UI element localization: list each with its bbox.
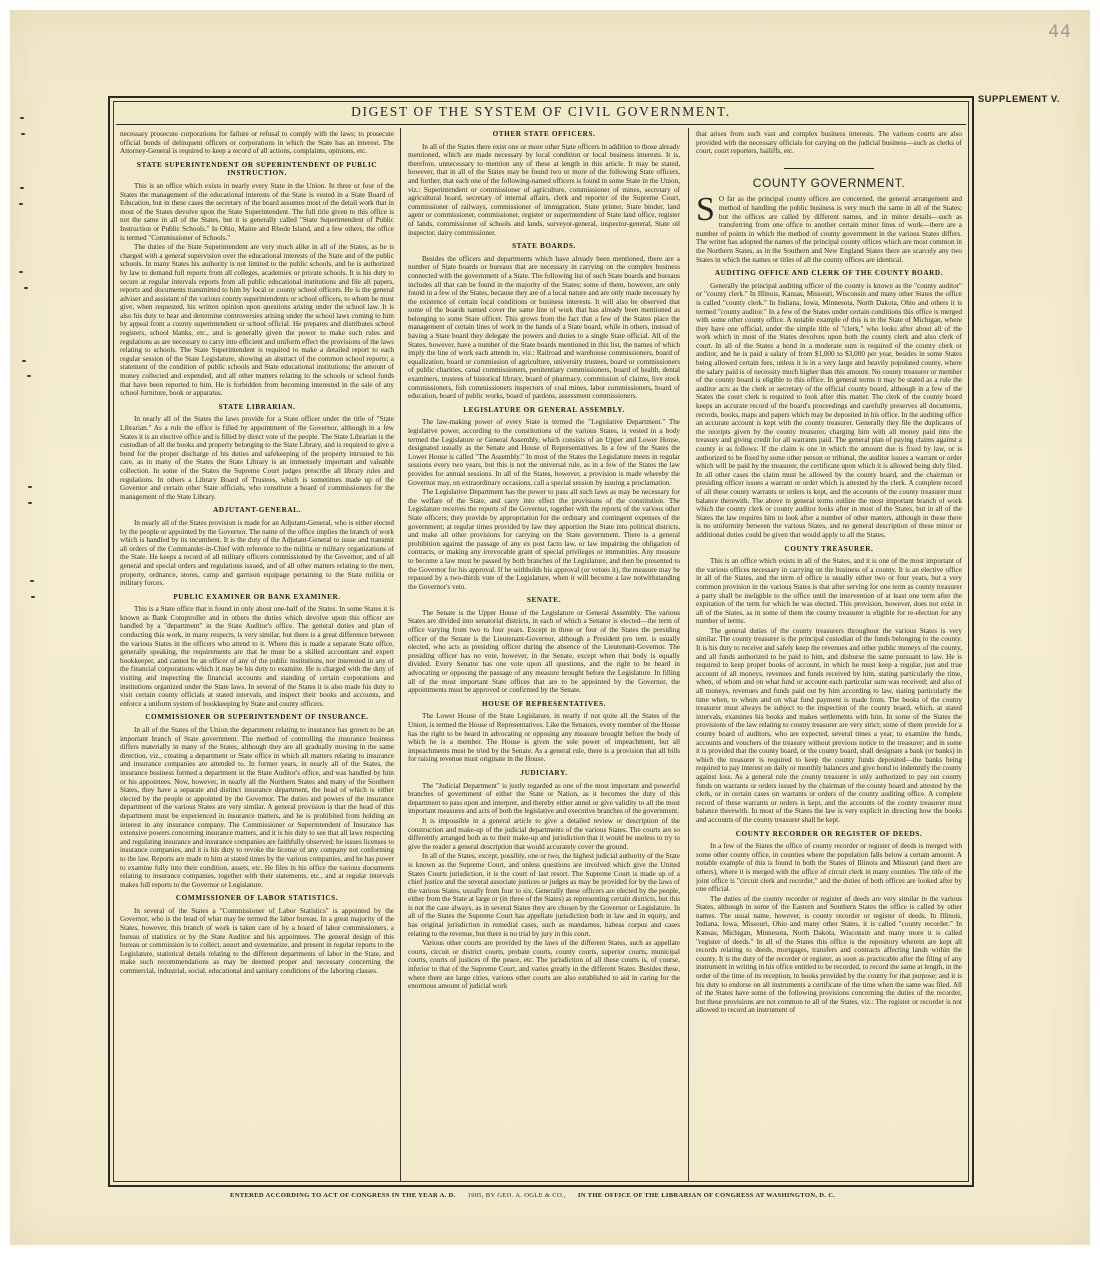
paragraph: The Legislative Department has the power… — [408, 488, 680, 591]
paragraph: The duties of the State Superintendent a… — [120, 243, 394, 398]
paragraph: In all of the States, except, possibly, … — [408, 852, 680, 938]
binder-hole — [22, 360, 26, 362]
paragraph: The Lower House of the State Legislature… — [408, 712, 680, 764]
county-intro-paragraph: SO far as the principal county offices a… — [696, 195, 962, 264]
paragraph: The duties of the county recorder or reg… — [696, 895, 962, 1015]
paragraph: The Senate is the Upper House of the Leg… — [408, 609, 680, 695]
binder-hole — [28, 502, 32, 504]
column-1: necessary prosecute corporations for fai… — [120, 130, 394, 1179]
section-heading-state-superintendent: State Superintendent or Superintendent o… — [120, 161, 394, 178]
binder-hole — [19, 271, 23, 273]
column-divider — [688, 128, 689, 1181]
copyright-footer: ENTERED ACCORDING TO ACT OF CONGRESS IN … — [230, 1192, 835, 1199]
page-title: DIGEST OF THE SYSTEM OF CIVIL GOVERNMENT… — [110, 104, 972, 120]
paragraph: In all of the States there exist one or … — [408, 143, 680, 238]
section-heading-county-treasurer: County Treasurer. — [696, 545, 962, 554]
binder-hole — [20, 187, 24, 189]
paragraph: In nearly all of the States provision is… — [120, 519, 394, 588]
paragraph: Besides the officers and departments whi… — [408, 255, 680, 401]
paragraph: Various other courts are provided by the… — [408, 939, 680, 991]
binder-hole — [21, 133, 25, 135]
column-2: Other State Officers. In all of the Stat… — [408, 130, 680, 1179]
column-1-intro: necessary prosecute corporations for fai… — [120, 130, 394, 156]
page-number: 44 — [1048, 22, 1072, 42]
paragraph: In a few of the States the office of cou… — [696, 842, 962, 894]
section-heading-auditing-office: Auditing Office and Clerk of the County … — [696, 269, 962, 278]
paragraph: This is a State office that is found in … — [120, 605, 394, 708]
section-heading-senate: Senate. — [408, 596, 680, 605]
paragraph: It is impossible in a general article to… — [408, 817, 680, 851]
footer-right: IN THE OFFICE OF THE LIBRARIAN OF CONGRE… — [578, 1192, 835, 1199]
section-heading-state-boards: State Boards. — [408, 242, 680, 251]
footer-middle: 1905, BY GEO. A. OGLE & CO., — [468, 1192, 566, 1199]
paragraph: This is an office which exists in all of… — [696, 557, 962, 626]
paragraph: In several of the States a "Commissioner… — [120, 907, 394, 976]
section-heading-insurance: Commissioner or Superintendent of Insura… — [120, 713, 394, 722]
binder-hole — [31, 596, 35, 598]
paragraph: The law-making power of every State is t… — [408, 418, 680, 487]
footer-left: ENTERED ACCORDING TO ACT OF CONGRESS IN … — [230, 1192, 456, 1199]
section-heading-public-examiner: Public Examiner or Bank Examiner. — [120, 593, 394, 602]
section-heading-county-recorder: County Recorder or Register of Deeds. — [696, 830, 962, 839]
section-heading-other-state-officers: Other State Officers. — [408, 130, 680, 139]
section-heading-judiciary: Judiciary. — [408, 769, 680, 778]
paragraph: Generally the principal auditing officer… — [696, 282, 962, 540]
digest-frame: DIGEST OF THE SYSTEM OF CIVIL GOVERNMENT… — [108, 96, 974, 1187]
paragraph: The general duties of the county treasur… — [696, 627, 962, 825]
binder-hole — [30, 580, 34, 582]
binder-hole — [28, 486, 32, 488]
binder-hole — [20, 117, 24, 119]
section-heading-labor-statistics: Commissioner of Labor Statistics. — [120, 894, 394, 903]
section-heading-house-of-representatives: House of Representatives. — [408, 700, 680, 709]
supplement-label: SUPPLEMENT V. — [978, 94, 1060, 105]
binder-hole — [19, 203, 23, 205]
binder-hole — [24, 287, 28, 289]
paragraph: This is an office which exists in nearly… — [120, 182, 394, 242]
section-heading-legislature: Legislature or General Assembly. — [408, 406, 680, 415]
paragraph: In all of the States of the Union the de… — [120, 726, 394, 889]
column-3-intro: that arises from such vast and complex b… — [696, 130, 962, 156]
column-divider — [400, 128, 401, 1181]
column-3: that arises from such vast and complex b… — [696, 130, 962, 1179]
binder-hole — [27, 375, 31, 377]
drop-cap: S — [696, 196, 715, 224]
section-heading-state-librarian: State Librarian. — [120, 403, 394, 412]
section-heading-adjutant-general: Adjutant-General. — [120, 506, 394, 515]
county-section-rule — [784, 168, 874, 169]
paragraph: In nearly all of the States the laws pro… — [120, 415, 394, 501]
paragraph: The "Judicial Department" is justly rega… — [408, 782, 680, 816]
county-government-title: COUNTY GOVERNMENT. — [696, 179, 962, 188]
county-intro-text: O far as the principal county offices ar… — [696, 195, 962, 263]
title-rule — [116, 124, 966, 125]
